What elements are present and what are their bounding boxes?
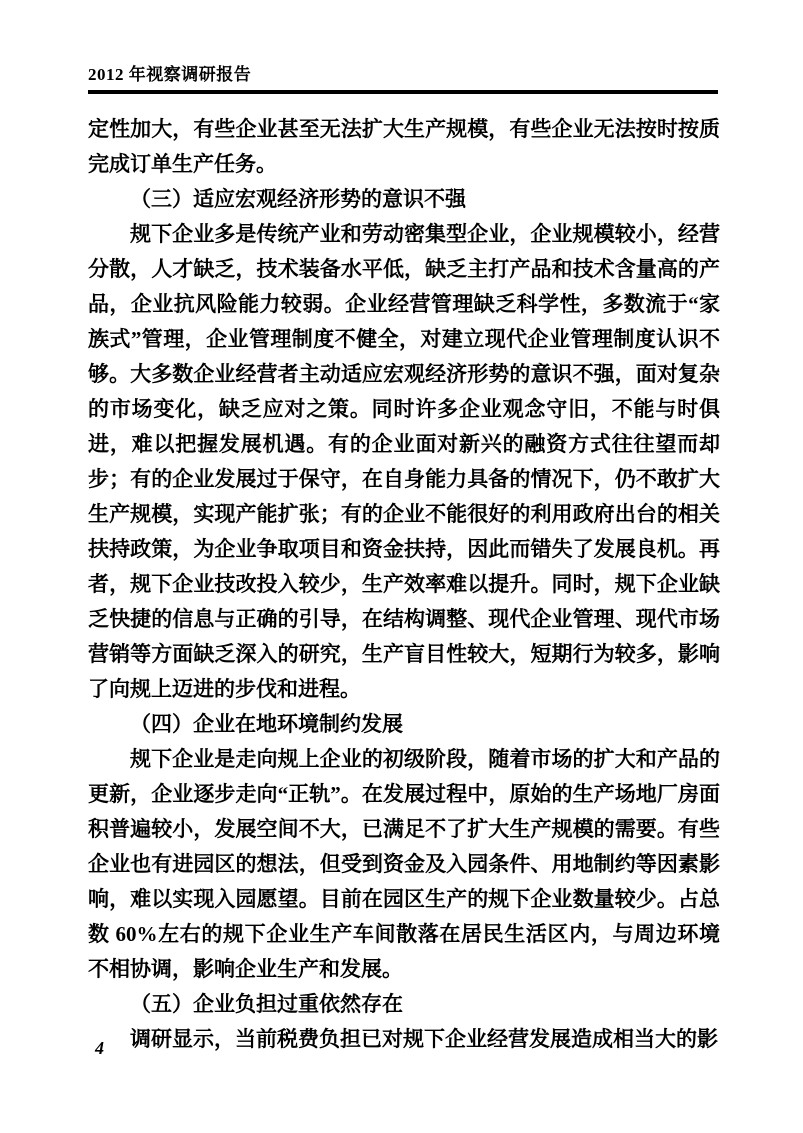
section-five-paragraph: 调研显示，当前税费负担已对规下企业经营发展造成相当大的影 <box>88 1022 720 1057</box>
paragraph-continued-from-previous-page: 定性加大，有些企业甚至无法扩大生产规模，有些企业无法按时按质完成订单生产任务。 <box>88 112 720 182</box>
section-four-paragraph: 规下企业是走向规上企业的初级阶段，随着市场的扩大和产品的更新，企业逐步走向“正轨… <box>88 742 720 987</box>
document-page: 2012 年视察调研报告 定性加大，有些企业甚至无法扩大生产规模，有些企业无法按… <box>0 0 803 1133</box>
section-heading-four: （四）企业在地环境制约发展 <box>88 707 720 742</box>
page-body: 定性加大，有些企业甚至无法扩大生产规模，有些企业无法按时按质完成订单生产任务。 … <box>88 112 720 1057</box>
page-header: 2012 年视察调研报告 <box>88 60 718 94</box>
page-number: 4 <box>95 1038 104 1059</box>
section-heading-five: （五）企业负担过重依然存在 <box>88 987 720 1022</box>
section-heading-three: （三）适应宏观经济形势的意识不强 <box>88 182 720 217</box>
header-title: 2012 年视察调研报告 <box>88 65 251 84</box>
section-three-paragraph: 规下企业多是传统产业和劳动密集型企业，企业规模较小，经营分散，人才缺乏，技术装备… <box>88 217 720 707</box>
